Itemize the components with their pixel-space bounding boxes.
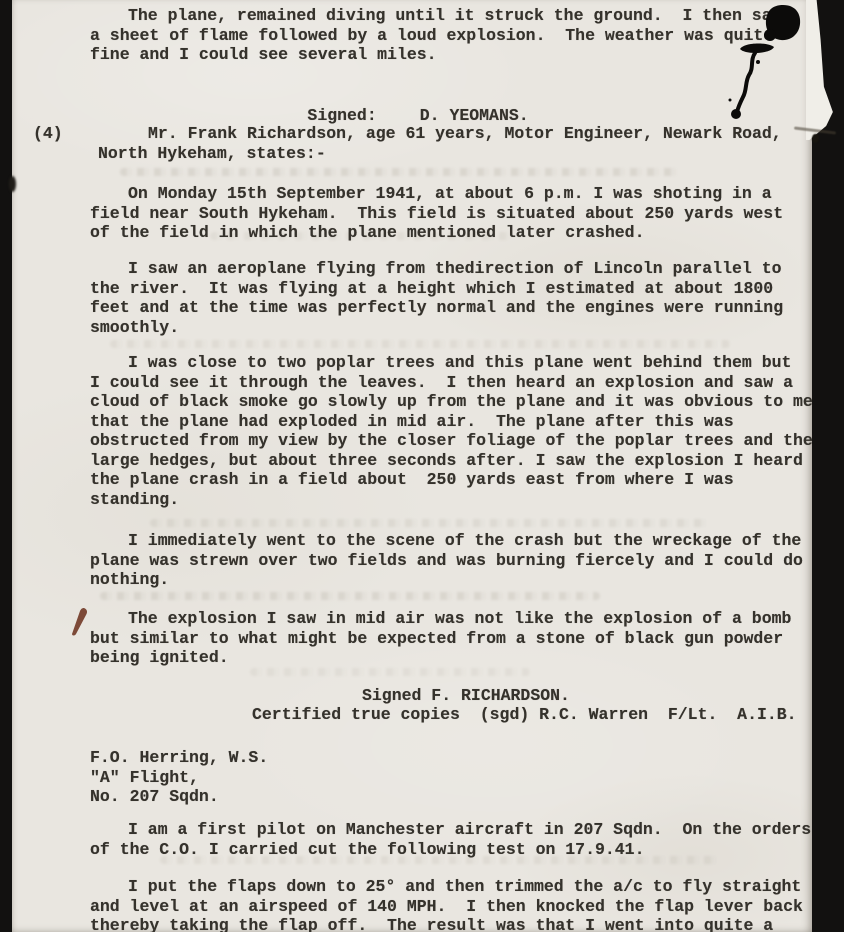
text-line: obstructed from my view by the closer fo… (90, 431, 813, 451)
paragraph-first-pilot: I am a first pilot on Manchester aircraf… (90, 820, 811, 859)
text-line: I was close to two poplar trees and this… (90, 353, 813, 373)
text-line: plane was strewn over two fields and was… (90, 551, 803, 571)
paragraph-explosion-description: The explosion I saw in mid air was not l… (90, 609, 791, 668)
text-line: thereby taking the flap off. The result … (90, 916, 803, 932)
paragraph-on-monday: On Monday 15th September 1941, at about … (90, 184, 783, 243)
paragraph-richardson-intro: Mr. Frank Richardson, age 61 years, Moto… (90, 124, 782, 163)
text-line: large hedges, but about three seconds af… (90, 451, 813, 471)
text-line: a sheet of flame followed by a loud expl… (90, 26, 773, 46)
scanned-document-page: The plane, remained diving until it stru… (0, 0, 844, 932)
text-line: standing. (90, 490, 813, 510)
paragraph-saw-aeroplane: I saw an aeroplane flying from thedirect… (90, 259, 783, 337)
paragraph-flap-test: I put the flaps down to 25° and then tri… (90, 877, 803, 932)
text-line: I immediately went to the scene of the c… (90, 531, 803, 551)
text-line: and level at an airspeed of 140 MPH. I t… (90, 897, 803, 917)
paragraph-yeomans-statement: The plane, remained diving until it stru… (90, 6, 773, 65)
paragraph-poplar-trees: I was close to two poplar trees and this… (90, 353, 813, 509)
text-line: I could see it through the leaves. I the… (90, 373, 813, 393)
text-line: nothing. (90, 570, 803, 590)
text-line: cloud of black smoke go slowly up from t… (90, 392, 813, 412)
text-line: the plane crash in a field about 250 yar… (90, 470, 813, 490)
pen-mark (64, 606, 94, 638)
text-line: feet and at the time was perfectly norma… (90, 298, 783, 318)
text-line: of the field in which the plane mentione… (90, 223, 783, 243)
text-line: smoothly. (90, 318, 783, 338)
ink-blot (700, 0, 820, 130)
text-line: the river. It was flying at a height whi… (90, 279, 783, 299)
signed-label: Signed: (307, 106, 376, 125)
text-line: On Monday 15th September 1941, at about … (90, 184, 783, 204)
certified-line: Certified true copies (sgd) R.C. Warren … (252, 705, 797, 725)
text-line: F.O. Herring, W.S. (90, 748, 268, 768)
signature-richardson: Signed F. RICHARDSON. (362, 686, 570, 706)
text-line: "A" Flight, (90, 768, 268, 788)
text-line: I am a first pilot on Manchester aircraf… (90, 820, 811, 840)
text-line: fine and I could see several miles. (90, 45, 773, 65)
text-line: but similar to what might be expected fr… (90, 629, 791, 649)
text-line: of the C.O. I carried cut the following … (90, 840, 811, 860)
text-line: No. 207 Sqdn. (90, 787, 268, 807)
text-line: North Hykeham, states:- (90, 144, 782, 164)
item-number-marker: (4) (33, 124, 63, 144)
address-block: F.O. Herring, W.S. "A" Flight, No. 207 S… (90, 748, 268, 807)
document-text: The plane, remained diving until it stru… (0, 0, 844, 932)
text-line: I put the flaps down to 25° and then tri… (90, 877, 803, 897)
text-line: I saw an aeroplane flying from thedirect… (90, 259, 783, 279)
text-line: that the plane had exploded in mid air. … (90, 412, 813, 432)
text-line: The explosion I saw in mid air was not l… (90, 609, 791, 629)
signed-name: D. YEOMANS. (420, 106, 529, 125)
text-line: The plane, remained diving until it stru… (90, 6, 773, 26)
text-line: field near South Hykeham. This field is … (90, 204, 783, 224)
text-line: Mr. Frank Richardson, age 61 years, Moto… (90, 124, 782, 144)
paragraph-crash-scene: I immediately went to the scene of the c… (90, 531, 803, 590)
text-line: being ignited. (90, 648, 791, 668)
